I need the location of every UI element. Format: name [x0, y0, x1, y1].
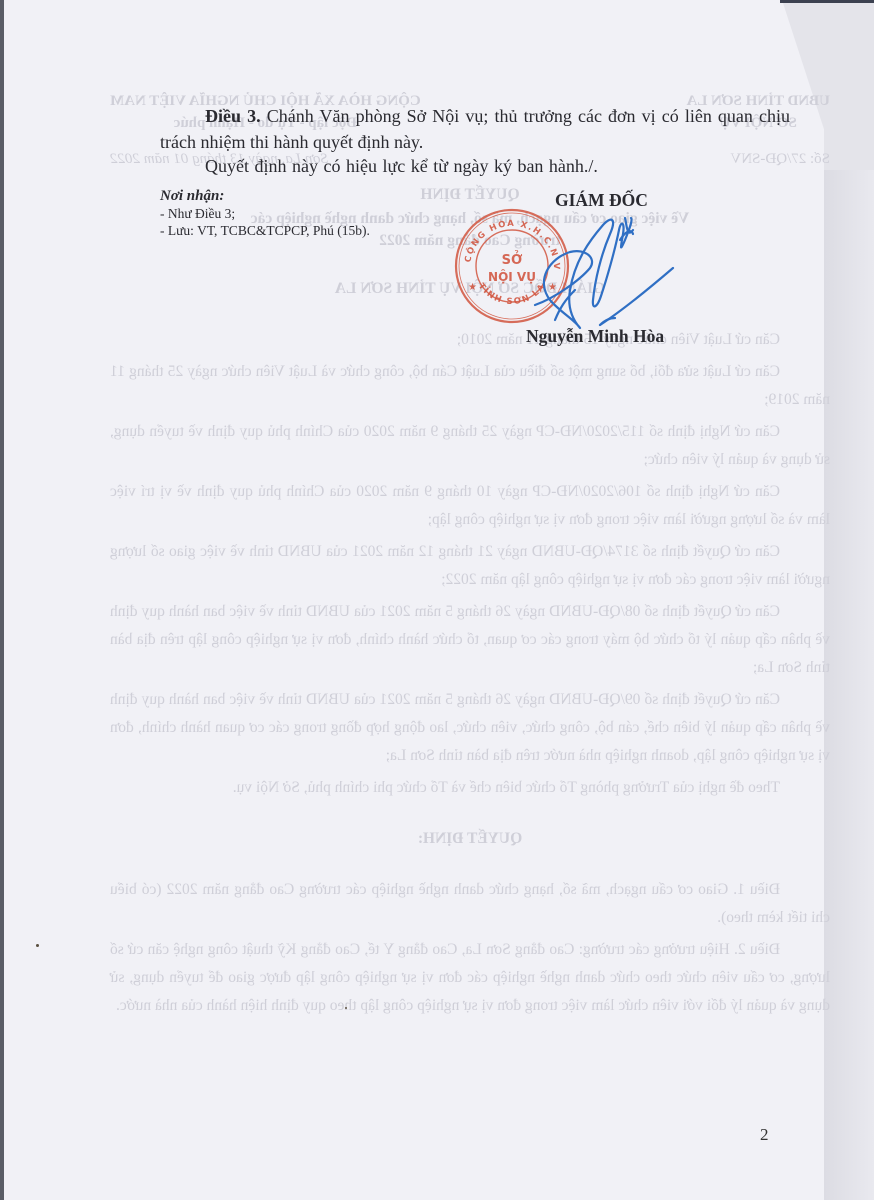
page-number: 2: [760, 1125, 769, 1145]
recipient-item: - Như Điều 3;: [160, 205, 370, 222]
article-3-paragraph: Điều 3. Chánh Văn phòng Sở Nội vụ; thủ t…: [160, 103, 790, 155]
signer-name: Nguyễn Minh Hòa: [526, 326, 664, 347]
recipients-block: Nơi nhận: - Như Điều 3; - Lưu: VT, TCBC&…: [160, 188, 370, 239]
recipient-item: - Lưu: VT, TCBC&TCPCP, Phú (15b).: [160, 222, 370, 239]
svg-text:★: ★: [468, 282, 477, 293]
scan-speck: [345, 1007, 347, 1009]
recipients-heading: Nơi nhận:: [160, 188, 370, 205]
front-content: Điều 3. Chánh Văn phòng Sở Nội vụ; thủ t…: [0, 0, 874, 1200]
scan-speck: [36, 944, 39, 947]
article-3-label: Điều 3.: [205, 106, 261, 126]
effective-clause: Quyết định này có hiệu lực kể từ ngày ký…: [205, 153, 598, 179]
